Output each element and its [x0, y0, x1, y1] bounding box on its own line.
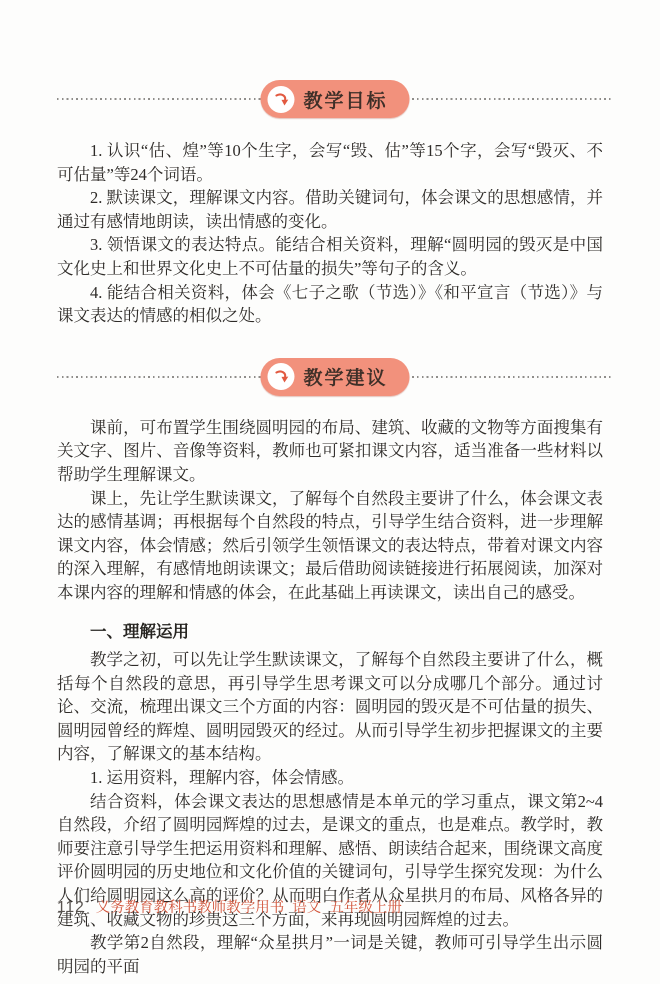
objective-item: 4. 能结合相关资料，体会《七子之歌（节选）》《和平宣言（节选）》与课文表达的情…	[57, 281, 603, 328]
section-header-suggestions: 教学建议	[57, 358, 613, 396]
suggestions-paragraph: 课上，先让学生默读课文，了解每个自然段主要讲了什么，体会课文表达的感情基调；再根…	[57, 487, 603, 605]
objectives-badge-label: 教学目标	[303, 86, 387, 113]
subsection-paragraph: 教学第2自然段，理解“众星拱月”一词是关键，教师可引导学生出示圆明园的平面	[57, 931, 603, 978]
subsection-paragraph: 1. 运用资料，理解内容，体会情感。	[57, 766, 603, 790]
objective-item: 3. 领悟课文的表达特点。能结合相关资料，理解“圆明园的毁灭是中国文化史上和世界…	[57, 233, 603, 280]
curved-down-arrow-icon	[267, 86, 294, 113]
curved-down-arrow-icon	[267, 363, 294, 390]
subsection-heading: 一、理解运用	[57, 621, 603, 645]
objectives-section: 1. 认识“估、煌”等10个生字，会写“毁、估”等15个字，会写“毁灭、不可估量…	[57, 139, 603, 328]
book-title: 义务教育教科书教师教学用书 语文 五年级上册	[96, 896, 402, 917]
page-number: 112	[57, 899, 85, 917]
objective-item: 2. 默读课文，理解课文内容。借助关键词句，体会课文的思想感情，并通过有感情地朗…	[57, 186, 603, 233]
suggestions-badge-label: 教学建议	[303, 363, 387, 390]
section-header-objectives: 教学目标	[57, 80, 613, 118]
page-footer: 112 义务教育教科书教师教学用书 语文 五年级上册	[57, 896, 402, 917]
suggestions-section: 课前，可布置学生围绕圆明园的布局、建筑、收藏的文物等方面搜集有关文字、图片、音像…	[57, 416, 603, 979]
book-page: 教学目标 1. 认识“估、煌”等10个生字，会写“毁、估”等15个字，会写“毁灭…	[0, 0, 660, 984]
objective-item: 1. 认识“估、煌”等10个生字，会写“毁、估”等15个字，会写“毁灭、不可估量…	[57, 139, 603, 186]
suggestions-badge: 教学建议	[260, 358, 409, 396]
objectives-badge: 教学目标	[260, 80, 409, 118]
suggestions-paragraph: 课前，可布置学生围绕圆明园的布局、建筑、收藏的文物等方面搜集有关文字、图片、音像…	[57, 416, 603, 487]
subsection-paragraph: 教学之初，可以先让学生默读课文，了解每个自然段主要讲了什么，概括每个自然段的意思…	[57, 648, 603, 766]
